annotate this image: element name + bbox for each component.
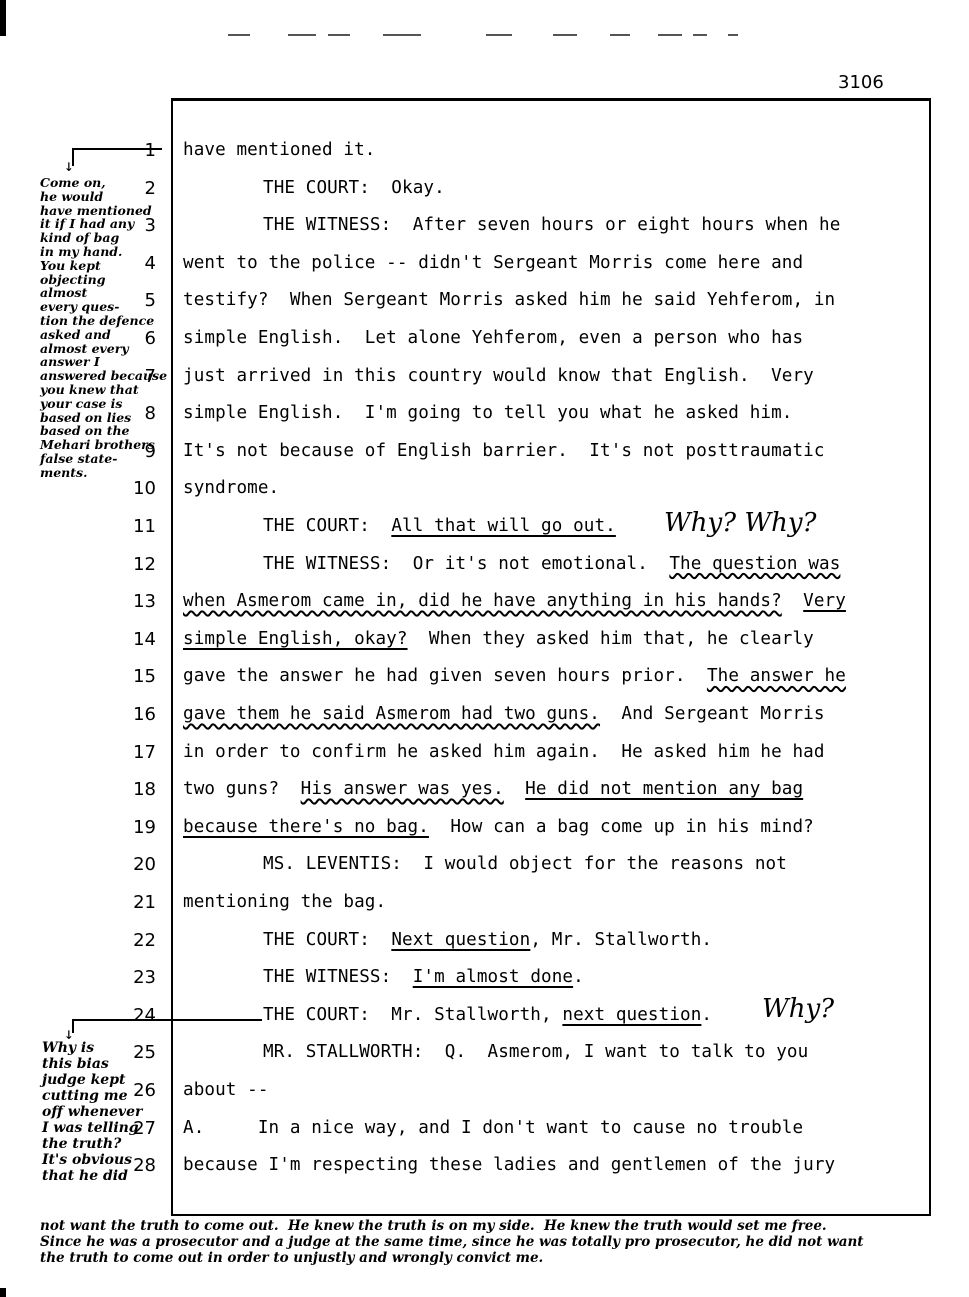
- transcript-line: THE COURT: All that will go out.: [263, 516, 616, 536]
- underlined-text: simple English, okay?: [183, 629, 408, 649]
- line-number: 23: [110, 967, 156, 988]
- transcript-line: when Asmerom came in, did he have anythi…: [183, 591, 846, 611]
- underlined-text: gave them he said Asmerom had two guns.: [183, 704, 600, 724]
- transcript-line: in order to confirm he asked him again. …: [183, 742, 825, 762]
- line-text-segment: two guns?: [183, 779, 301, 799]
- underlined-text: next question: [562, 1005, 701, 1025]
- transcript-line: gave them he said Asmerom had two guns. …: [183, 704, 825, 724]
- line-text-segment: , Mr. Stallworth.: [530, 930, 712, 950]
- line-text-segment: THE WITNESS: Or it's not emotional.: [263, 554, 669, 574]
- line-text-segment: syndrome.: [183, 478, 279, 498]
- arrow-line-top: [72, 148, 162, 150]
- line-text-segment: THE COURT:: [263, 930, 391, 950]
- transcript-line: just arrived in this country would know …: [183, 366, 814, 386]
- transcript-line: A. In a nice way, and I don't want to ca…: [183, 1118, 803, 1138]
- underlined-text: He did not mention any bag: [525, 779, 803, 799]
- line-text-segment: THE COURT:: [263, 516, 391, 536]
- transcript-line: went to the police -- didn't Sergeant Mo…: [183, 253, 803, 273]
- line-text-segment: MS. LEVENTIS: I would object for the rea…: [263, 854, 787, 874]
- line-number: 18: [110, 779, 156, 800]
- line-number: 10: [110, 478, 156, 499]
- transcript-line: syndrome.: [183, 478, 279, 498]
- transcript-line: simple English, okay? When they asked hi…: [183, 629, 814, 649]
- line-number: 14: [110, 629, 156, 650]
- underlined-text: when Asmerom came in, did he have anythi…: [183, 591, 782, 611]
- line-number: 12: [110, 554, 156, 575]
- line-number: 19: [110, 817, 156, 838]
- arrow-down-icon: ↓: [64, 156, 74, 175]
- line-text-segment: have mentioned it.: [183, 140, 375, 160]
- underlined-text: I'm almost done: [413, 967, 573, 987]
- line-text-segment: .: [573, 967, 584, 987]
- handwritten-why-line-11: Why? Why?: [664, 508, 816, 538]
- line-text-segment: simple English. I'm going to tell you wh…: [183, 403, 792, 423]
- transcript-line: simple English. I'm going to tell you wh…: [183, 403, 792, 423]
- transcript-line: THE WITNESS: After seven hours or eight …: [263, 215, 840, 235]
- header-dashes: [228, 34, 768, 36]
- transcript-line: about --: [183, 1080, 269, 1100]
- underlined-text: All that will go out.: [391, 516, 616, 536]
- underlined-text: His answer was yes.: [301, 779, 504, 799]
- line-number: 24: [110, 1005, 156, 1026]
- handwritten-margin-note-bottom: Why is this bias judge kept cutting me o…: [42, 1040, 142, 1184]
- transcript-line: because I'm respecting these ladies and …: [183, 1155, 835, 1175]
- line-number: 13: [110, 591, 156, 612]
- line-number: 11: [110, 516, 156, 537]
- arrow-down-icon-2: ↓: [64, 1024, 74, 1043]
- transcript-line: THE COURT: Next question, Mr. Stallworth…: [263, 930, 712, 950]
- scan-edge-mark: [0, 0, 6, 36]
- line-text-segment: testify? When Sergeant Morris asked him …: [183, 290, 835, 310]
- transcript-line: have mentioned it.: [183, 140, 375, 160]
- transcript-line: THE WITNESS: Or it's not emotional. The …: [263, 554, 840, 574]
- transcript-line: because there's no bag. How can a bag co…: [183, 817, 814, 837]
- line-number: 20: [110, 854, 156, 875]
- line-text-segment: [504, 779, 525, 799]
- line-text-segment: went to the police -- didn't Sergeant Mo…: [183, 253, 803, 273]
- transcript-line: gave the answer he had given seven hours…: [183, 666, 846, 686]
- line-number: 21: [110, 892, 156, 913]
- line-text-segment: mentioning the bag.: [183, 892, 386, 912]
- transcript-line: testify? When Sergeant Morris asked him …: [183, 290, 835, 310]
- underlined-text: because there's no bag.: [183, 817, 429, 837]
- transcript-line: It's not because of English barrier. It'…: [183, 441, 825, 461]
- handwritten-why-line-24: Why?: [762, 994, 834, 1024]
- line-text-segment: How can a bag come up in his mind?: [429, 817, 814, 837]
- arrow-line-bottom: [72, 1019, 262, 1021]
- line-number: 1: [110, 140, 156, 161]
- line-number: 22: [110, 930, 156, 951]
- transcript-line: simple English. Let alone Yehferom, even…: [183, 328, 803, 348]
- line-text-segment: THE WITNESS:: [263, 967, 413, 987]
- underlined-text: The answer he: [707, 666, 846, 686]
- line-number: 15: [110, 666, 156, 687]
- line-text-segment: just arrived in this country would know …: [183, 366, 814, 386]
- transcript-line: THE WITNESS: I'm almost done.: [263, 967, 584, 987]
- scan-edge-mark-bottom: [0, 1288, 6, 1297]
- transcript-line: mentioning the bag.: [183, 892, 386, 912]
- transcript-line: THE COURT: Okay.: [263, 178, 445, 198]
- underlined-text: Next question: [391, 930, 530, 950]
- line-text-segment: It's not because of English barrier. It'…: [183, 441, 825, 461]
- line-text-segment: And Sergeant Morris: [600, 704, 825, 724]
- underlined-text: Very: [803, 591, 846, 611]
- line-text-segment: MR. STALLWORTH: Q. Asmerom, I want to ta…: [263, 1042, 808, 1062]
- underlined-text: The question was: [669, 554, 840, 574]
- line-text-segment: When they asked him that, he clearly: [408, 629, 814, 649]
- line-text-segment: simple English. Let alone Yehferom, even…: [183, 328, 803, 348]
- line-text-segment: THE WITNESS: After seven hours or eight …: [263, 215, 840, 235]
- transcript-line: two guns? His answer was yes. He did not…: [183, 779, 803, 799]
- line-text-segment: in order to confirm he asked him again. …: [183, 742, 825, 762]
- line-number: 16: [110, 704, 156, 725]
- line-text-segment: THE COURT: Mr. Stallworth,: [263, 1005, 562, 1025]
- line-number: 17: [110, 742, 156, 763]
- line-text-segment: A. In a nice way, and I don't want to ca…: [183, 1118, 803, 1138]
- transcript-line: THE COURT: Mr. Stallworth, next question…: [263, 1005, 712, 1025]
- line-text-segment: about --: [183, 1080, 269, 1100]
- transcript-line: MR. STALLWORTH: Q. Asmerom, I want to ta…: [263, 1042, 808, 1062]
- line-text-segment: [782, 591, 803, 611]
- line-text-segment: because I'm respecting these ladies and …: [183, 1155, 835, 1175]
- page-number: 3106: [838, 72, 884, 93]
- line-text-segment: gave the answer he had given seven hours…: [183, 666, 707, 686]
- handwritten-margin-note-top: Come on, he would have mentioned it if I…: [40, 176, 167, 480]
- line-text-segment: .: [701, 1005, 712, 1025]
- transcript-line: MS. LEVENTIS: I would object for the rea…: [263, 854, 787, 874]
- handwritten-bottom-note: not want the truth to come out. He knew …: [40, 1218, 864, 1266]
- line-text-segment: THE COURT: Okay.: [263, 178, 445, 198]
